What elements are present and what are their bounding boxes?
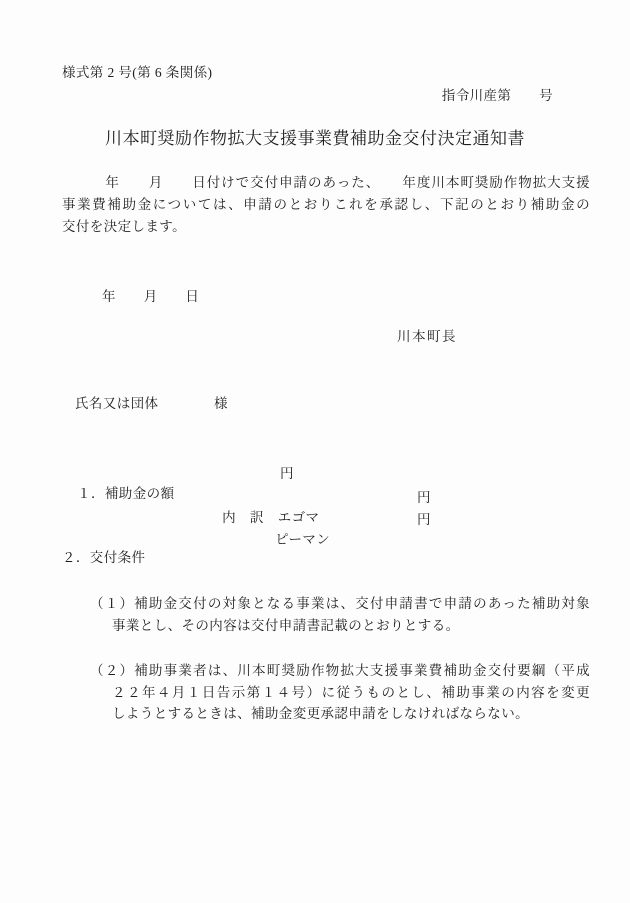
condition-1-line-1: （１）補助金交付の対象となる事業は、交付申請書で申請のあった補助対象 bbox=[90, 594, 590, 614]
document-page: 様式第 2 号(第 6 条関係) 指令川産第 号 川本町奨励作物拡大支援事業費補… bbox=[0, 0, 630, 903]
body-paragraph-line-1: 年 月 日付けで交付申請のあった、 年度川本町奨励作物拡大支援 bbox=[62, 173, 590, 193]
issuer-label: 川本町長 bbox=[397, 327, 457, 347]
yen-unit-label: 円 bbox=[280, 464, 294, 484]
body-paragraph-line-2: 事業費補助金については、申請のとおりこれを承認し、下記のとおり補助金の bbox=[62, 195, 590, 215]
document-title: 川本町奨励作物拡大支援事業費補助金交付決定通知書 bbox=[0, 127, 630, 151]
breakdown-piman-row: ピーマン 円 bbox=[260, 510, 590, 590]
body-paragraph-line-3: 交付を決定します。 bbox=[62, 217, 186, 237]
issue-date-line: 年 月 日 bbox=[102, 287, 199, 307]
condition-2-line-1: （２）補助事業者は、川本町奨励作物拡大支援事業費補助金交付要綱（平成 bbox=[90, 661, 590, 681]
recipient-label: 氏名又は団体 様 bbox=[75, 394, 228, 414]
yen-unit-label: 円 bbox=[417, 488, 431, 508]
subsidy-amount-label: １．補助金の額 bbox=[77, 486, 174, 501]
condition-2-line-3: しようとするときは、補助金変更承認申請をしなければならない。 bbox=[112, 704, 529, 724]
yen-unit-label: 円 bbox=[417, 510, 431, 530]
breakdown-piman-label: ピーマン bbox=[275, 532, 330, 547]
conditions-heading: ２．交付条件 bbox=[62, 548, 145, 568]
condition-2-line-2: ２２年４月１日告示第１４号）に従うものとし、補助事業の内容を変更 bbox=[112, 683, 590, 703]
form-number-label: 様式第 2 号(第 6 条関係) bbox=[62, 63, 212, 83]
condition-1-line-2: 事業とし、その内容は交付申請書記載のとおりとする。 bbox=[112, 616, 460, 636]
doc-number-label: 指令川産第 号 bbox=[62, 86, 553, 106]
